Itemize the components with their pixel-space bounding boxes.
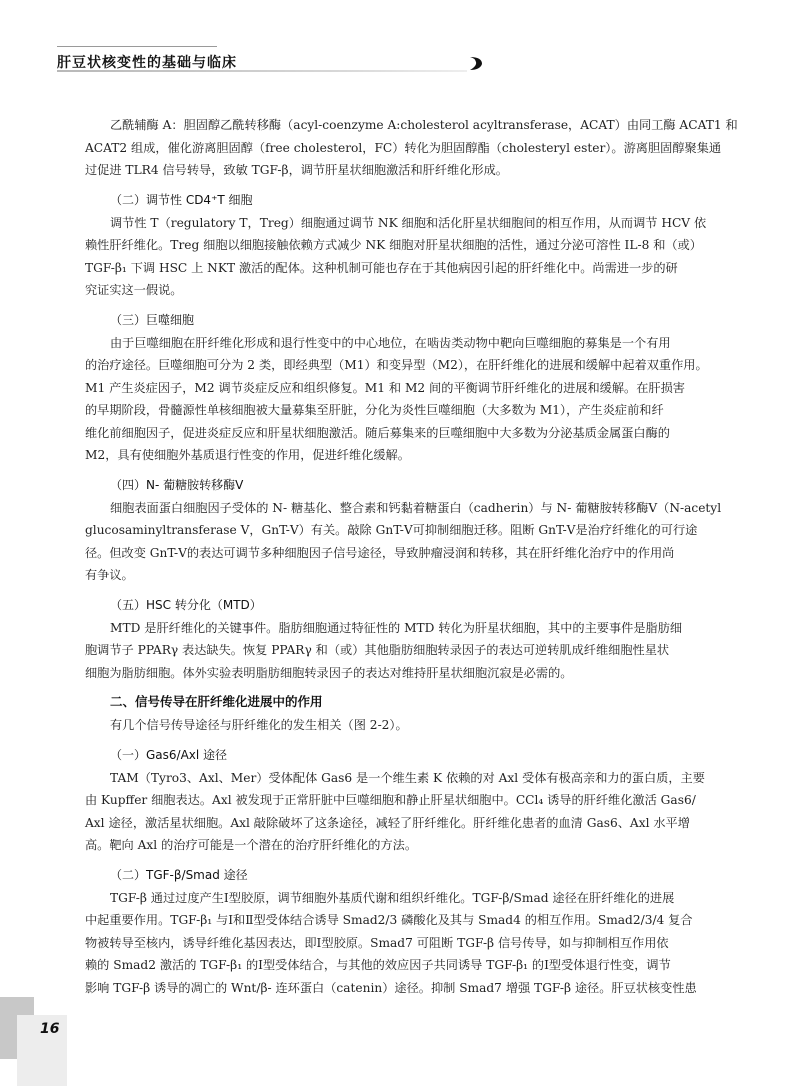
text-line: M1 产生炎症因子，M2 调节炎症反应和组织修复。M1 和 M2 间的平衡调节肝…	[85, 377, 711, 400]
text-line: 影响 TGF-β 诱导的凋亡的 Wnt/β- 连环蛋白（catenin）途径。抑…	[85, 977, 711, 1000]
paragraph-mtd: MTD 是肝纤维化的关键事件。脂肪细胞通过特征性的 MTD 转化为肝星状细胞，其…	[85, 617, 711, 685]
text-line: 径。但改变 GnT-Ⅴ的表达可调节多种细胞因子信号途径，导致肿瘤浸润和转移，其在…	[85, 542, 711, 565]
header-bottom-rule	[57, 70, 467, 72]
subheading-mtd: （五）HSC 转分化（MTD）	[85, 593, 711, 617]
text-line: 由 Kupffer 细胞表达。Axl 被发现于正常肝脏中巨噬细胞和静止肝星状细胞…	[85, 789, 711, 812]
text-line: 细胞表面蛋白细胞因子受体的 N- 糖基化、整合素和钙黏着糖蛋白（cadherin…	[85, 497, 711, 520]
paragraph-gnt: 细胞表面蛋白细胞因子受体的 N- 糖基化、整合素和钙黏着糖蛋白（cadherin…	[85, 497, 711, 587]
paragraph-signaling: 有几个信号传导途径与肝纤维化的发生相关（图 2-2）。	[85, 714, 711, 737]
text-line: ACAT2 组成，催化游离胆固醇（free cholesterol，FC）转化为…	[85, 137, 711, 160]
text-line: M2，具有使细胞外基质退行性变的作用，促进纤维化缓解。	[85, 444, 711, 467]
subheading-gnt: （四）N- 葡糖胺转移酶Ⅴ	[85, 473, 711, 497]
text-line: 赖性肝纤维化。Treg 细胞以细胞接触依赖方式减少 NK 细胞对肝星状细胞的活性…	[85, 234, 711, 257]
text-line: 高。靶向 Axl 的治疗可能是一个潜在的治疗肝纤维化的方法。	[85, 834, 711, 857]
paragraph-tgf-smad: TGF-β 通过过度产生Ⅰ型胶原，调节细胞外基质代谢和组织纤维化。TGF-β/S…	[85, 887, 711, 1000]
text-line: 物被转导至核内，诱导纤维化基因表达，即Ⅰ型胶原。Smad7 可阻断 TGF-β …	[85, 932, 711, 955]
text-line: TAM（Tyro3、Axl、Mer）受体配体 Gas6 是一个维生素 K 依赖的…	[85, 767, 711, 790]
text-line: 维化前细胞因子，促进炎症反应和肝星状细胞激活。随后募集来的巨噬细胞中大多数为分泌…	[85, 422, 711, 445]
paragraph-treg: 调节性 T（regulatory T，Treg）细胞通过调节 NK 细胞和活化肝…	[85, 212, 711, 302]
section-heading-signaling: 二、信号传导在肝纤维化进展中的作用	[85, 690, 711, 714]
text-line: MTD 是肝纤维化的关键事件。脂肪细胞通过特征性的 MTD 转化为肝星状细胞，其…	[85, 617, 711, 640]
text-line: 胞调节子 PPARγ 表达缺失。恢复 PPARγ 和（或）其他脂肪细胞转录因子的…	[85, 639, 711, 662]
subheading-tgf-smad: （二）TGF-β/Smad 途径	[85, 863, 711, 887]
text-line: 过促进 TLR4 信号转导，致敏 TGF-β，调节肝星状细胞激活和肝纤维化形成。	[85, 159, 711, 182]
text-line: glucosaminyltransferase Ⅴ，GnT-Ⅴ）有关。敲除 Gn…	[85, 519, 711, 542]
text-line: 的治疗途径。巨噬细胞可分为 2 类，即经典型（M1）和变异型（M2），在肝纤维化…	[85, 354, 711, 377]
text-line: TGF-β 通过过度产生Ⅰ型胶原，调节细胞外基质代谢和组织纤维化。TGF-β/S…	[85, 887, 711, 910]
paragraph-macrophage: 由于巨噬细胞在肝纤维化形成和退行性变中的中心地位，在啮齿类动物中靶向巨噬细胞的募…	[85, 332, 711, 467]
crescent-ornament-icon	[468, 55, 484, 71]
running-header: 肝豆状核变性的基础与临床	[57, 46, 487, 72]
book-title: 肝豆状核变性的基础与临床	[57, 52, 237, 72]
page-body: 乙酰辅酶 A：胆固醇乙酰转移酶（acyl-coenzyme A:choleste…	[85, 114, 711, 999]
text-line: 有几个信号传导途径与肝纤维化的发生相关（图 2-2）。	[85, 714, 711, 737]
text-line: 赖的 Smad2 激活的 TGF-β₁ 的Ⅰ型受体结合，与其他的效应因子共同诱导…	[85, 954, 711, 977]
text-line: 细胞为脂肪细胞。体外实验表明脂肪细胞转录因子的表达对维持肝星状细胞沉寂是必需的。	[85, 662, 711, 685]
text-line: Axl 途径，激活星状细胞。Axl 敲除破坏了这条途径，减轻了肝纤维化。肝纤维化…	[85, 812, 711, 835]
text-line: 的早期阶段，骨髓源性单核细胞被大量募集至肝脏，分化为炎性巨噬细胞（大多数为 M1…	[85, 399, 711, 422]
text-line: 乙酰辅酶 A：胆固醇乙酰转移酶（acyl-coenzyme A:choleste…	[85, 114, 711, 137]
text-line: 调节性 T（regulatory T，Treg）细胞通过调节 NK 细胞和活化肝…	[85, 212, 711, 235]
text-line: 究证实这一假说。	[85, 279, 711, 302]
page-number: 16	[40, 1021, 59, 1037]
text-line: TGF-β₁ 下调 HSC 上 NKT 激活的配体。这种机制可能也存在于其他病因…	[85, 257, 711, 280]
paragraph-gas6-axl: TAM（Tyro3、Axl、Mer）受体配体 Gas6 是一个维生素 K 依赖的…	[85, 767, 711, 857]
text-line: 由于巨噬细胞在肝纤维化形成和退行性变中的中心地位，在啮齿类动物中靶向巨噬细胞的募…	[85, 332, 711, 355]
text-line: 中起重要作用。TGF-β₁ 与Ⅰ和Ⅱ型受体结合诱导 Smad2/3 磷酸化及其与…	[85, 909, 711, 932]
subheading-macrophage: （三）巨噬细胞	[85, 308, 711, 332]
text-line: 有争议。	[85, 564, 711, 587]
subheading-treg: （二）调节性 CD4⁺T 细胞	[85, 188, 711, 212]
header-top-rule	[57, 46, 217, 47]
paragraph-acat: 乙酰辅酶 A：胆固醇乙酰转移酶（acyl-coenzyme A:choleste…	[85, 114, 711, 182]
subheading-gas6-axl: （一）Gas6/Axl 途径	[85, 743, 711, 767]
